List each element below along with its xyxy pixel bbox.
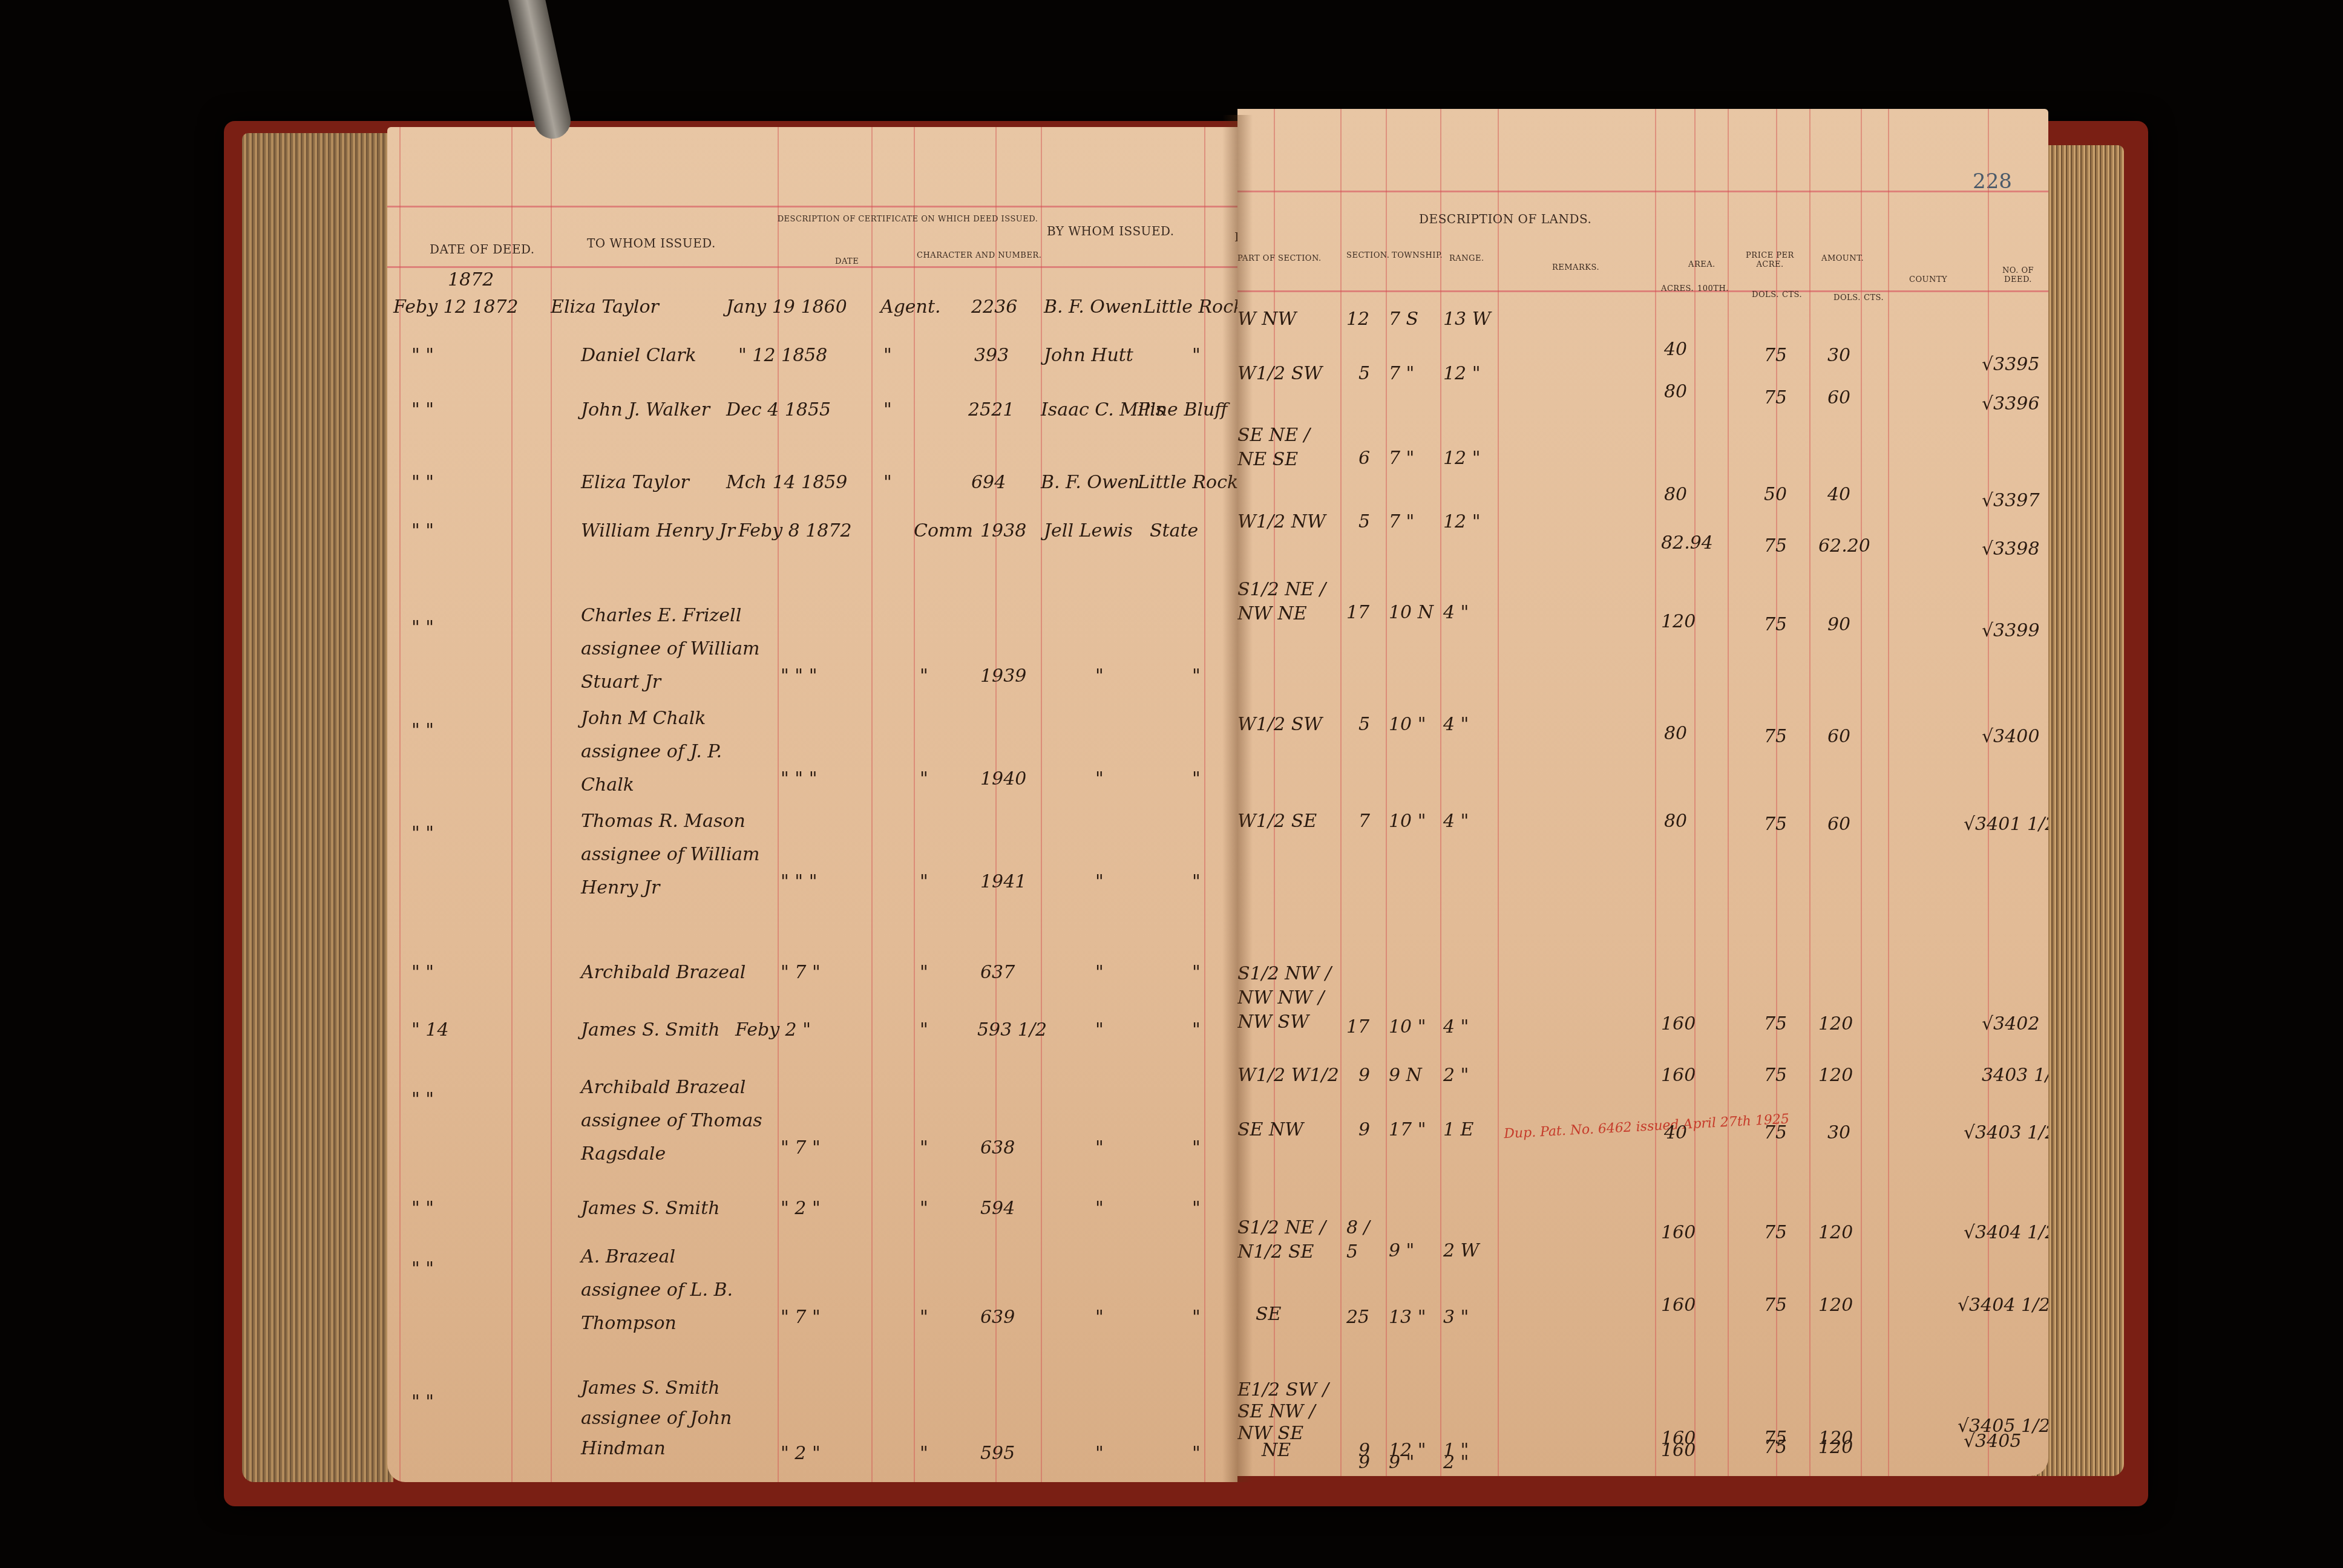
certificate-character: ": [920, 962, 928, 983]
range: 3 ": [1443, 1307, 1469, 1328]
deed-number: √3395: [1982, 354, 2039, 375]
certificate-number: 393: [974, 345, 1009, 366]
district: ": [1192, 871, 1201, 892]
township: 17 ": [1389, 1119, 1426, 1140]
section: 7: [1358, 811, 1370, 832]
header-rule-top: [1237, 191, 2048, 192]
issued-by: ": [1095, 1019, 1104, 1040]
header-amount: Amount.: [1821, 254, 1864, 263]
grantee-name: Eliza Taylor: [581, 472, 689, 493]
issued-by: ": [1095, 665, 1104, 687]
deed-date: " ": [411, 345, 434, 366]
part-of-section: S1/2 NE / NW NE: [1237, 578, 1340, 626]
column-rule: [778, 127, 779, 1482]
certificate-number: 637: [980, 962, 1015, 983]
certificate-character: ": [920, 1307, 928, 1328]
column-rule: [1694, 109, 1696, 1476]
price-per-acre: 75: [1764, 387, 1787, 408]
header-rule-bottom: [1237, 290, 2048, 292]
area-acres: 160: [1661, 1013, 1696, 1034]
header-acres: Acres.: [1661, 284, 1694, 293]
certificate-number: 594: [980, 1198, 1015, 1219]
certificate-character: ": [920, 1443, 928, 1464]
certificate-date: Feby 2 ": [735, 1019, 811, 1040]
deed-date: " ": [411, 1089, 434, 1110]
page-edges-left: [242, 133, 393, 1482]
area-acres: 160: [1661, 1222, 1696, 1243]
deed-date: " ": [411, 520, 434, 541]
issued-by: ": [1095, 1198, 1104, 1219]
district: ": [1192, 1137, 1201, 1158]
grantee-name: James S. Smith: [581, 1198, 720, 1219]
price-per-acre: 75: [1764, 1065, 1787, 1086]
deed-number: √3399: [1982, 620, 2039, 641]
column-rule: [1888, 109, 1889, 1476]
deed-number: √3404 1/2: [1964, 1222, 2048, 1243]
price-per-acre: 75: [1764, 726, 1787, 747]
amount: 120: [1818, 1295, 1853, 1316]
deed-date: " ": [411, 1258, 434, 1279]
deed-date: " ": [411, 720, 434, 741]
grantee-name: Eliza Taylor: [551, 296, 659, 318]
amount: 40: [1827, 484, 1850, 505]
certificate-character: ": [920, 665, 928, 687]
grantee-name: James S. Smith assignee of John Hindman: [581, 1373, 750, 1464]
deed-date: " ": [411, 472, 434, 493]
column-rule: [1386, 109, 1387, 1476]
district: State: [1150, 520, 1198, 541]
column-rule: [1988, 109, 1989, 1476]
part-of-section: S1/2 NE / N1/2 SE: [1237, 1216, 1340, 1264]
price-per-acre: 75: [1764, 345, 1787, 366]
deed-number: √3398: [1982, 538, 2039, 560]
certificate-number: 639: [980, 1307, 1015, 1328]
certificate-number: 1940: [980, 768, 1026, 789]
issued-by: ": [1095, 1137, 1104, 1158]
township: 10 ": [1389, 811, 1426, 832]
deed-date: Feby 12 1872: [393, 296, 519, 318]
certificate-character: ": [883, 399, 892, 420]
right-page: 228 DESCRIPTION OF LANDS. Part of Sectio…: [1237, 109, 2048, 1476]
township: 10 N: [1389, 602, 1434, 623]
certificate-date: " 2 ": [781, 1443, 821, 1464]
section: 9: [1358, 1440, 1370, 1461]
area-acres: 82.94: [1661, 532, 1713, 554]
amount: 60: [1827, 814, 1850, 835]
certificate-number: 2521: [968, 399, 1014, 420]
section: 5: [1358, 363, 1370, 384]
certificate-character: ": [883, 345, 892, 366]
issued-by: John Hutt: [1044, 345, 1133, 366]
deed-number: √3404 1/2: [1958, 1295, 2048, 1316]
price-per-acre: 75: [1764, 1428, 1787, 1449]
grantee-name: A. Brazeal assignee of L. B. Thompson: [581, 1240, 750, 1340]
grantee-name: John M Chalk assignee of J. P. Chalk: [581, 702, 750, 802]
part-of-section: E1/2 SW / SE NW / NW SE: [1237, 1379, 1340, 1445]
township: 9 N: [1389, 1065, 1422, 1086]
page-number: 228: [1973, 169, 2012, 194]
section: 5: [1358, 714, 1370, 735]
certificate-date: Jany 19 1860: [726, 296, 847, 318]
column-rule: [995, 127, 997, 1482]
area-acres: 80: [1664, 723, 1687, 744]
certificate-character: ": [920, 768, 928, 789]
deed-number: √3400: [1982, 726, 2039, 747]
certificate-number: 638: [980, 1137, 1015, 1158]
deed-number: √3405 1/2: [1958, 1416, 2048, 1437]
district: ": [1192, 1019, 1201, 1040]
deed-number: 3403 1/2: [1982, 1065, 2048, 1086]
header-amount-cts: Cts.: [1864, 293, 1884, 302]
certificate-character: Agent.: [880, 296, 941, 318]
grantee-name: Charles E. Frizell assignee of William S…: [581, 599, 762, 699]
part-of-section: SE NE / NE SE: [1237, 423, 1340, 472]
header-area: Area.: [1688, 260, 1715, 269]
section: 5: [1358, 511, 1370, 532]
range: 2 ": [1443, 1065, 1469, 1086]
deed-date: " ": [411, 962, 434, 983]
section: 17: [1346, 1016, 1369, 1037]
issued-by: B. F. Owen: [1044, 296, 1143, 318]
amount: 90: [1827, 614, 1850, 635]
header-price-per-acre: Price per Acre.: [1740, 251, 1800, 269]
grantee-name: John J. Walker: [581, 399, 710, 420]
district: ": [1192, 1307, 1201, 1328]
certificate-number: 595: [980, 1443, 1015, 1464]
header-no-of-deed: No. of Deed.: [1994, 266, 2042, 284]
certificate-date: " 12 1858: [738, 345, 827, 366]
column-rule: [1861, 109, 1862, 1476]
price-per-acre: 75: [1764, 1013, 1787, 1034]
price-per-acre: 75: [1764, 1122, 1787, 1143]
certificate-number: 1939: [980, 665, 1026, 687]
deed-number: √3401 1/2: [1964, 814, 2048, 835]
grantee-name: Archibald Brazeal assignee of Thomas Rag…: [581, 1071, 762, 1171]
header-certificate-description: Description of Certificate on which Deed…: [775, 215, 1041, 224]
amount: 60: [1827, 387, 1850, 408]
column-rule: [1440, 109, 1441, 1476]
part-of-section: SE: [1256, 1304, 1281, 1325]
certificate-character: ": [920, 1198, 928, 1219]
district: ": [1192, 665, 1201, 687]
part-of-section: W1/2 W1/2: [1237, 1065, 1339, 1086]
issued-by: ": [1095, 1307, 1104, 1328]
section: 6: [1358, 448, 1370, 469]
amount: 120: [1818, 1222, 1853, 1243]
grantee-name: Thomas R. Mason assignee of William Henr…: [581, 805, 762, 904]
area-acres: 80: [1664, 484, 1687, 505]
header-section: Section.: [1346, 251, 1389, 260]
certificate-date: Mch 14 1859: [726, 472, 847, 493]
range: 4 ": [1443, 1016, 1469, 1037]
header-range: Range.: [1449, 254, 1484, 263]
township: 12 ": [1389, 1440, 1426, 1461]
deed-date: " ": [411, 1198, 434, 1219]
certificate-date: " " ": [781, 665, 817, 687]
column-rule: [1204, 127, 1205, 1482]
header-price-dols: Dols.: [1752, 290, 1779, 299]
certificate-character: ": [920, 871, 928, 892]
column-rule: [1728, 109, 1729, 1476]
area-acres: 40: [1664, 1122, 1687, 1143]
remarks-red-annotation: Dup. Pat. No. 6462 issued April 27th 192…: [1504, 1112, 1790, 1142]
area-acres: 80: [1664, 811, 1687, 832]
deed-date: " ": [411, 617, 434, 638]
column-rule: [1776, 109, 1777, 1476]
year-note: 1872: [448, 269, 494, 290]
township: 7 ": [1389, 511, 1414, 532]
deed-date: " ": [411, 399, 434, 420]
header-rule-bottom: [387, 266, 1237, 268]
column-rule: [511, 127, 513, 1482]
area-acres: 160: [1661, 1065, 1696, 1086]
township: 13 ": [1389, 1307, 1426, 1328]
area-acres: 120: [1661, 611, 1696, 632]
column-rule: [1340, 109, 1342, 1476]
range: 4 ": [1443, 714, 1469, 735]
certificate-number: 2236: [971, 296, 1017, 318]
range: 12 ": [1443, 448, 1481, 469]
issued-by: B. F. Owen: [1041, 472, 1140, 493]
range: 13 W: [1443, 309, 1491, 330]
header-hundredths: 100th.: [1697, 284, 1729, 293]
header-amount-dols: Dols.: [1833, 293, 1861, 302]
section: 9: [1358, 1065, 1370, 1086]
range: 1 E: [1443, 1119, 1474, 1140]
amount: 120: [1818, 1013, 1853, 1034]
township: 7 S: [1389, 309, 1418, 330]
issued-by: ": [1095, 962, 1104, 983]
column-rule: [1655, 109, 1656, 1476]
section: 12: [1346, 309, 1369, 330]
township: 10 ": [1389, 1016, 1426, 1037]
amount: 60: [1827, 726, 1850, 747]
certificate-number: 1938: [980, 520, 1026, 541]
range: 4 ": [1443, 811, 1469, 832]
range: 4 ": [1443, 602, 1469, 623]
certificate-date: " " ": [781, 768, 817, 789]
deed-number: √3403 1/2: [1964, 1122, 2048, 1143]
deed-number: √3402: [1982, 1013, 2039, 1034]
header-date-of-deed: DATE OF DEED.: [430, 242, 535, 256]
deed-date: " ": [411, 1391, 434, 1413]
deed-number: √3396: [1982, 393, 2039, 414]
column-rule: [1498, 109, 1499, 1476]
certificate-number: 593 1/2: [977, 1019, 1047, 1040]
area-acres: 80: [1664, 381, 1687, 402]
header-by-whom-issued: BY WHOM ISSUED.: [1047, 224, 1175, 238]
header-description-of-lands: DESCRIPTION OF LANDS.: [1419, 212, 1591, 226]
amount: 30: [1827, 345, 1850, 366]
district: ": [1192, 345, 1201, 366]
certificate-date: " 7 ": [781, 962, 821, 983]
price-per-acre: 75: [1764, 814, 1787, 835]
left-page: DATE OF DEED. TO WHOM ISSUED. Descriptio…: [387, 127, 1237, 1482]
area-acres: 40: [1664, 339, 1687, 360]
header-character-number: Character and Number.: [917, 251, 1041, 260]
header-remarks: Remarks.: [1552, 263, 1599, 272]
amount: 120: [1818, 1065, 1853, 1086]
district: ": [1192, 1443, 1201, 1464]
amount: 30: [1827, 1122, 1850, 1143]
column-rule: [871, 127, 873, 1482]
deed-date: " ": [411, 823, 434, 844]
area-acres: 160: [1661, 1295, 1696, 1316]
township: 9 ": [1389, 1240, 1414, 1261]
part-of-section: S1/2 NW / NW NW / NW SW: [1237, 962, 1340, 1034]
township: 7 ": [1389, 363, 1414, 384]
header-to-whom-issued: TO WHOM ISSUED.: [587, 236, 716, 250]
certificate-character: ": [920, 1019, 928, 1040]
certificate-character: ": [920, 1137, 928, 1158]
certificate-character: ": [883, 472, 892, 493]
header-county: County: [1909, 275, 1947, 284]
section: 8 / 5: [1346, 1216, 1383, 1264]
area-acres: 160: [1661, 1428, 1696, 1449]
column-rule: [1041, 127, 1042, 1482]
certificate-date: " 7 ": [781, 1307, 821, 1328]
grantee-name: James S. Smith: [581, 1019, 720, 1040]
price-per-acre: 50: [1764, 484, 1787, 505]
range: 2 W: [1443, 1240, 1479, 1261]
certificate-date: Dec 4 1855: [726, 399, 831, 420]
range: 1 ": [1443, 1440, 1469, 1461]
district: ": [1192, 962, 1201, 983]
price-per-acre: 75: [1764, 1222, 1787, 1243]
deed-date: " 14: [411, 1019, 449, 1040]
part-of-section: NE: [1262, 1440, 1291, 1461]
price-per-acre: 75: [1764, 614, 1787, 635]
column-rule: [1809, 109, 1810, 1476]
district: Pine Bluff: [1138, 399, 1228, 420]
grantee-name: Archibald Brazeal: [581, 962, 745, 983]
township: 7 ": [1389, 448, 1414, 469]
section: 17: [1346, 602, 1369, 623]
header-rule-top: [387, 206, 1237, 207]
issued-by: ": [1095, 871, 1104, 892]
issued-by: Jell Lewis: [1044, 520, 1133, 541]
district: ": [1192, 768, 1201, 789]
township: 10 ": [1389, 714, 1426, 735]
issued-by: ": [1095, 768, 1104, 789]
book-gutter: [1222, 115, 1253, 1482]
district: ": [1192, 1198, 1201, 1219]
certificate-date: Feby 8 1872: [738, 520, 852, 541]
issued-by: ": [1095, 1443, 1104, 1464]
deed-number: √3397: [1982, 490, 2039, 511]
section: 25: [1346, 1307, 1369, 1328]
price-per-acre: 75: [1764, 1295, 1787, 1316]
amount: 120: [1818, 1428, 1853, 1449]
grantee-name: William Henry Jr: [581, 520, 735, 541]
header-township: Township.: [1392, 251, 1443, 260]
price-per-acre: 75: [1764, 535, 1787, 557]
certificate-number: 1941: [980, 871, 1026, 892]
section: 9: [1358, 1119, 1370, 1140]
header-price-cts: Cts.: [1782, 290, 1802, 299]
certificate-character: Comm: [914, 520, 973, 541]
certificate-date: " " ": [781, 871, 817, 892]
header-cert-date: Date: [835, 257, 859, 266]
column-rule: [914, 127, 915, 1482]
certificate-date: " 2 ": [781, 1198, 821, 1219]
grantee-name: Daniel Clark: [581, 345, 696, 366]
range: 12 ": [1443, 511, 1481, 532]
column-rule: [399, 127, 401, 1482]
range: 12 ": [1443, 363, 1481, 384]
amount: 62.20: [1818, 535, 1870, 557]
column-rule: [551, 127, 552, 1482]
certificate-number: 694: [971, 472, 1006, 493]
certificate-date: " 7 ": [781, 1137, 821, 1158]
